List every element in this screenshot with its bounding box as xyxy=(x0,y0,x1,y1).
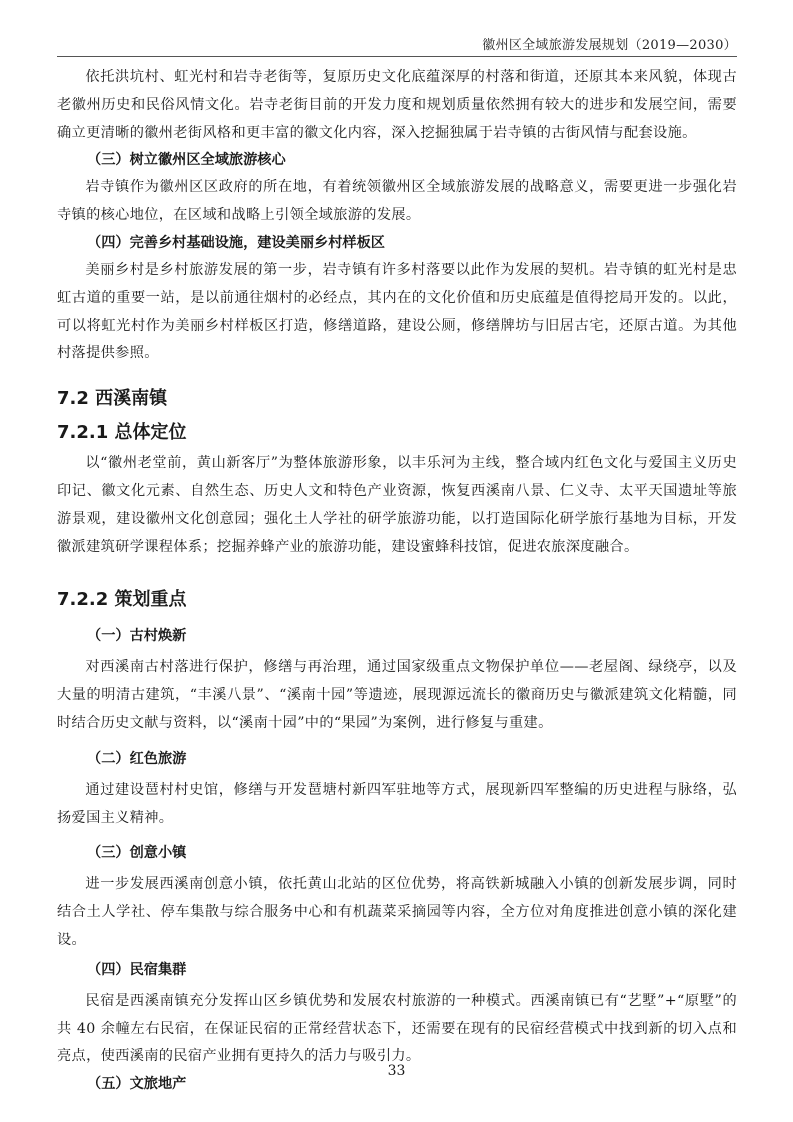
section-heading-7-2: 7.2 西溪南镇 xyxy=(57,384,737,414)
paragraph: 依托洪坑村、虹光村和岩寺老街等，复原历史文化底蕴深厚的村落和街道，还原其本来风貌… xyxy=(57,64,737,147)
page-number: 33 xyxy=(0,1063,793,1079)
paragraph: 岩寺镇作为徽州区区政府的所在地，有着统领徽州区全域旅游发展的战略意义，需要更进一… xyxy=(57,174,737,230)
section-heading-7-2-2: 7.2.2 策划重点 xyxy=(57,585,737,615)
subheading-1: （一）古村焕新 xyxy=(57,623,737,650)
paragraph: 进一步发展西溪南创意小镇，依托黄山北站的区位优势，将高铁新城融入小镇的创新发展步… xyxy=(57,871,737,954)
subheading-4: （四）完善乡村基础设施，建设美丽乡村样板区 xyxy=(57,230,737,257)
subheading-3: （三）树立徽州区全域旅游核心 xyxy=(57,147,737,174)
subheading-2: （二）红色旅游 xyxy=(57,746,737,773)
document-title: 徽州区全域旅游发展规划（2019—2030） xyxy=(482,34,737,53)
paragraph: 民宿是西溪南镇充分发挥山区乡镇优势和发展农村旅游的一种模式。西溪南镇已有“艺墅”… xyxy=(57,988,737,1071)
paragraph: 以“徽州老堂前，黄山新客厅”为整体旅游形象，以丰乐河为主线，整合域内红色文化与爱… xyxy=(57,450,737,561)
paragraph: 美丽乡村是乡村旅游发展的第一步，岩寺镇有许多村落要以此作为发展的契机。岩寺镇的虹… xyxy=(57,257,737,368)
running-header: 徽州区全域旅游发展规划（2019—2030） xyxy=(57,34,737,57)
subheading-4b: （四）民宿集群 xyxy=(57,957,737,984)
paragraph: 对西溪南古村落进行保护，修缮与再治理，通过国家级重点文物保护单位——老屋阁、绿绕… xyxy=(57,654,737,737)
paragraph: 通过建设琶村村史馆，修缮与开发琶塘村新四军驻地等方式，展现新四军整编的历史进程与… xyxy=(57,777,737,833)
section-heading-7-2-1: 7.2.1 总体定位 xyxy=(57,418,737,448)
page-content: 依托洪坑村、虹光村和岩寺老街等，复原历史文化底蕴深厚的村落和街道，还原其本来风貌… xyxy=(57,64,737,1098)
subheading-3b: （三）创意小镇 xyxy=(57,840,737,867)
